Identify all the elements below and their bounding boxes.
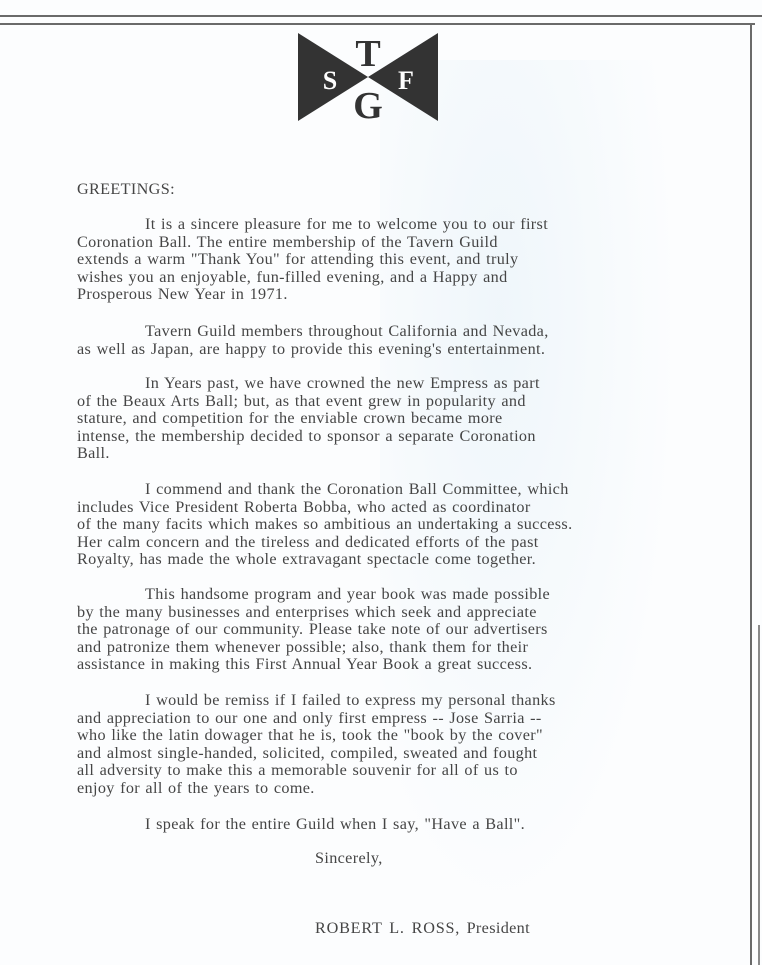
paragraph-committee: I commend and thank the Coronation Ball … [77, 481, 572, 569]
text-line: of the Beaux Arts Ball; but, as that eve… [77, 393, 540, 411]
signatory-name: ROBERT L. ROSS, [315, 919, 460, 937]
text-line: who like the latin dowager that he is, t… [77, 727, 556, 745]
logo-letter-t: T [355, 33, 380, 75]
logo-letter-g: G [353, 85, 383, 121]
text-line: of the many facits which makes so ambiti… [77, 516, 572, 534]
text-line: extends a warm "Thank You" for attending… [77, 251, 548, 269]
text-line: Coronation Ball. The entire membership o… [77, 234, 548, 252]
text-line: all adversity to make this a memorable s… [77, 762, 556, 780]
closing: Sincerely, [315, 850, 383, 868]
text-line: by the many businesses and enterprises w… [77, 604, 550, 622]
logo-letter-f: F [398, 66, 414, 95]
paragraph-thanks-empress: I would be remiss if I failed to express… [77, 692, 556, 798]
paragraph-members: Tavern Guild members throughout Californ… [77, 323, 549, 358]
text-line: enjoy for all of the years to come. [77, 780, 556, 798]
text-line: wishes you an enjoyable, fun-filled even… [77, 269, 548, 287]
greeting-heading: GREETINGS: [77, 181, 175, 199]
text-line: stature, and competition for the enviabl… [77, 410, 540, 428]
right-border-inner-rule [750, 23, 752, 965]
text-line: I speak for the entire Guild when I say,… [77, 816, 525, 834]
closing-text: Sincerely, [315, 849, 383, 867]
text-line: I commend and thank the Coronation Ball … [77, 481, 572, 499]
signature-block: ROBERT L. ROSS, President [315, 920, 530, 938]
text-line: and appreciation to our one and only fir… [77, 710, 556, 728]
text-line: as well as Japan, are happy to provide t… [77, 341, 549, 359]
paragraph-have-a-ball: I speak for the entire Guild when I say,… [77, 816, 525, 834]
right-border-outer-rule [758, 625, 760, 965]
text-line: In Years past, we have crowned the new E… [77, 375, 540, 393]
stgf-bowtie-logo: T S F G [298, 33, 438, 121]
paragraph-yearbook: This handsome program and year book was … [77, 586, 550, 674]
text-line: intense, the membership decided to spons… [77, 428, 540, 446]
text-line: Ball. [77, 445, 540, 463]
paragraph-history: In Years past, we have crowned the new E… [77, 375, 540, 463]
text-line: Royalty, has made the whole extravagant … [77, 551, 572, 569]
text-line: and patronize them whenever possible; al… [77, 639, 550, 657]
text-line: and almost single-handed, solicited, com… [77, 745, 556, 763]
top-border-inner-rule [0, 23, 755, 25]
text-line: I would be remiss if I failed to express… [77, 692, 556, 710]
text-line: assistance in making this First Annual Y… [77, 656, 550, 674]
text-line: Prosperous New Year in 1971. [77, 286, 548, 304]
text-line: This handsome program and year book was … [77, 586, 550, 604]
text-line: It is a sincere pleasure for me to welco… [77, 216, 548, 234]
paragraph-welcome: It is a sincere pleasure for me to welco… [77, 216, 548, 304]
signatory-title: President [467, 919, 530, 937]
logo-letter-s: S [323, 66, 337, 95]
text-line: Tavern Guild members throughout Californ… [77, 323, 549, 341]
text-line: includes Vice President Roberta Bobba, w… [77, 499, 572, 517]
top-border-outer-rule [0, 15, 762, 17]
text-line: Her calm concern and the tireless and de… [77, 534, 572, 552]
text-line: the patronage of our community. Please t… [77, 621, 550, 639]
